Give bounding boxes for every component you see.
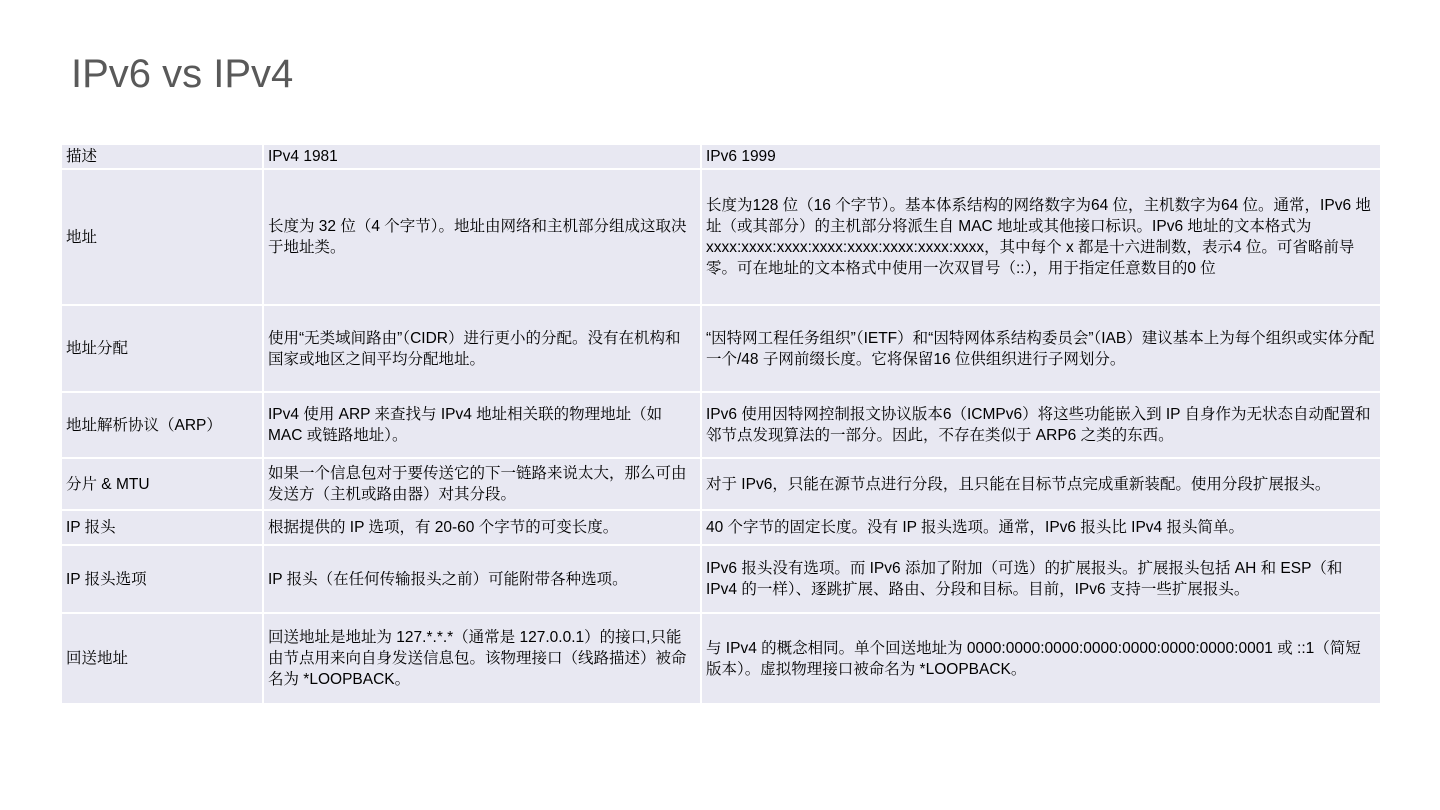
ipv4-cell: 长度为 32 位（4 个字节）。地址由网络和主机部分组成这取决于地址类。 [263, 169, 701, 305]
slide: IPv6 vs IPv4 描述 IPv4 1981 IPv6 1999 地址 长… [0, 0, 1440, 810]
ipv4-cell: 如果一个信息包对于要传送它的下一链路来说太大，那么可由发送方（主机或路由器）对其… [263, 458, 701, 510]
table-row: 分片 & MTU 如果一个信息包对于要传送它的下一链路来说太大，那么可由发送方（… [61, 458, 1381, 510]
header-cell-ipv4: IPv4 1981 [263, 144, 701, 169]
feature-cell: 地址 [61, 169, 263, 305]
feature-cell: 分片 & MTU [61, 458, 263, 510]
comparison-table-body: 地址 长度为 32 位（4 个字节）。地址由网络和主机部分组成这取决于地址类。 … [61, 169, 1381, 704]
comparison-table: 描述 IPv4 1981 IPv6 1999 地址 长度为 32 位（4 个字节… [60, 143, 1382, 705]
feature-cell: 回送地址 [61, 613, 263, 704]
table-row: 地址 长度为 32 位（4 个字节）。地址由网络和主机部分组成这取决于地址类。 … [61, 169, 1381, 305]
table-row: 地址分配 使用“无类域间路由”（CIDR）进行更小的分配。没有在机构和国家或地区… [61, 305, 1381, 392]
feature-cell: 地址分配 [61, 305, 263, 392]
page-title: IPv6 vs IPv4 [71, 50, 293, 98]
ipv6-cell: IPv6 报头没有选项。而 IPv6 添加了附加（可选）的扩展报头。扩展报头包括… [701, 545, 1381, 613]
comparison-table-header: 描述 IPv4 1981 IPv6 1999 [61, 144, 1381, 169]
feature-cell: IP 报头 [61, 510, 263, 545]
ipv6-cell: IPv6 使用因特网控制报文协议版本6（ICMPv6）将这些功能嵌入到 IP 自… [701, 392, 1381, 458]
ipv4-cell: 根据提供的 IP 选项，有 20-60 个字节的可变长度。 [263, 510, 701, 545]
ipv6-cell: “因特网工程任务组织”（IETF）和“因特网体系结构委员会”（IAB）建议基本上… [701, 305, 1381, 392]
feature-cell: 地址解析协议（ARP） [61, 392, 263, 458]
ipv6-cell: 对于 IPv6，只能在源节点进行分段，且只能在目标节点完成重新装配。使用分段扩展… [701, 458, 1381, 510]
header-cell-ipv6: IPv6 1999 [701, 144, 1381, 169]
table-row: 回送地址 回送地址是地址为 127.*.*.*（通常是 127.0.0.1）的接… [61, 613, 1381, 704]
header-cell-description: 描述 [61, 144, 263, 169]
ipv6-cell: 长度为128 位（16 个字节）。基本体系结构的网络数字为64 位，主机数字为6… [701, 169, 1381, 305]
feature-cell: IP 报头选项 [61, 545, 263, 613]
ipv4-cell: 回送地址是地址为 127.*.*.*（通常是 127.0.0.1）的接口,只能由… [263, 613, 701, 704]
table-row: IP 报头选项 IP 报头（在任何传输报头之前）可能附带各种选项。 IPv6 报… [61, 545, 1381, 613]
table-row: IP 报头 根据提供的 IP 选项，有 20-60 个字节的可变长度。 40 个… [61, 510, 1381, 545]
ipv4-cell: 使用“无类域间路由”（CIDR）进行更小的分配。没有在机构和国家或地区之间平均分… [263, 305, 701, 392]
header-row: 描述 IPv4 1981 IPv6 1999 [61, 144, 1381, 169]
ipv4-cell: IPv4 使用 ARP 来查找与 IPv4 地址相关联的物理地址（如 MAC 或… [263, 392, 701, 458]
ipv6-cell: 40 个字节的固定长度。没有 IP 报头选项。通常，IPv6 报头比 IPv4 … [701, 510, 1381, 545]
ipv6-cell: 与 IPv4 的概念相同。单个回送地址为 0000:0000:0000:0000… [701, 613, 1381, 704]
ipv4-cell: IP 报头（在任何传输报头之前）可能附带各种选项。 [263, 545, 701, 613]
table-row: 地址解析协议（ARP） IPv4 使用 ARP 来查找与 IPv4 地址相关联的… [61, 392, 1381, 458]
